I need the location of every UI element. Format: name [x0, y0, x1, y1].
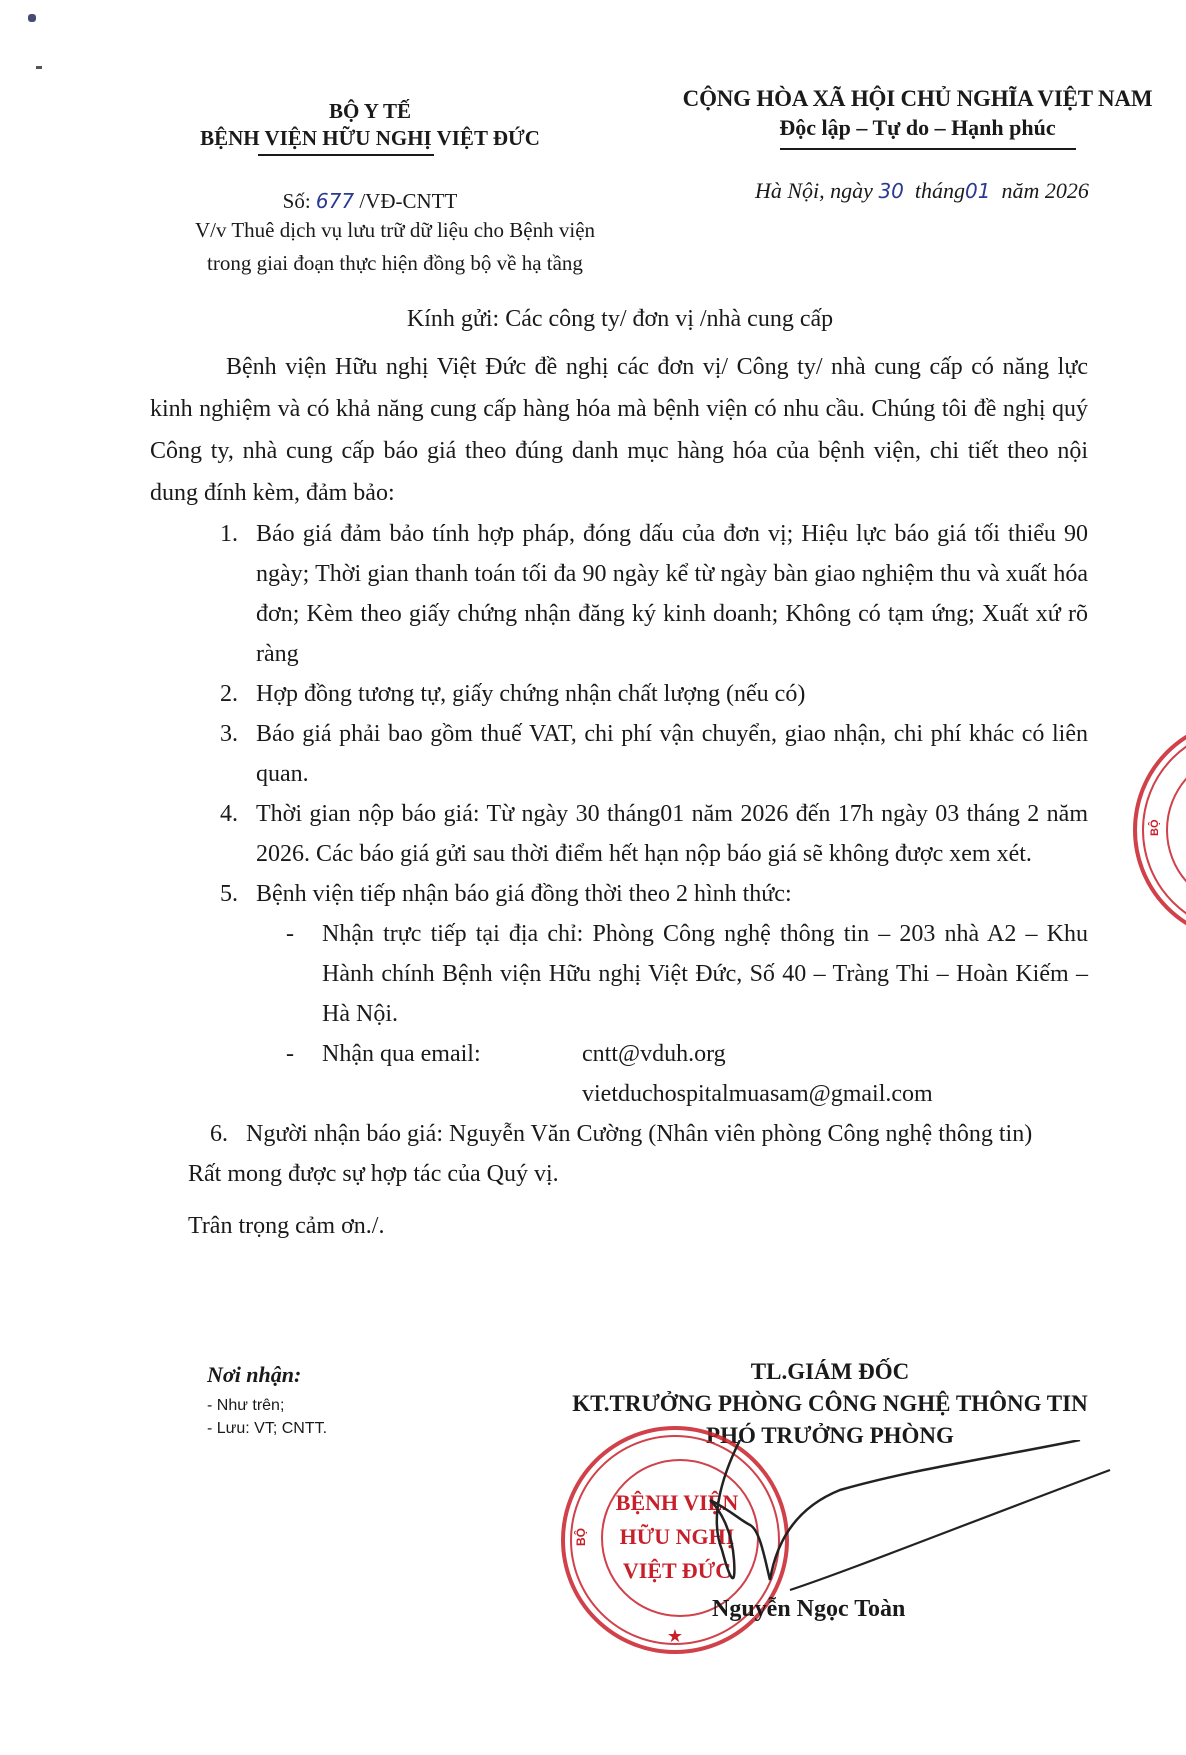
svg-text:BỘ: BỘ [1148, 819, 1161, 836]
distribution-item: - Như trên; [207, 1394, 327, 1417]
list-item: 5.Bệnh viện tiếp nhận báo giá đồng thời … [220, 874, 1088, 1114]
subject-line: V/v Thuê dịch vụ lưu trữ dữ liệu cho Bện… [150, 214, 640, 247]
signer-authority: TL.GIÁM ĐỐC [500, 1356, 1160, 1388]
nation-title: CỘNG HÒA XÃ HỘI CHỦ NGHĨA VIỆT NAM [655, 84, 1180, 114]
date-line: Hà Nội, ngày 30 tháng01 năm 2026 [755, 176, 1089, 206]
svg-text:BỘ: BỘ [573, 1528, 588, 1546]
ministry-name: BỘ Y TẾ [150, 98, 590, 124]
distribution-title: Nơi nhận: [207, 1362, 301, 1388]
list-item: 4.Thời gian nộp báo giá: Từ ngày 30 thán… [220, 794, 1088, 874]
header-underline [258, 154, 434, 156]
intro-paragraph: Bệnh viện Hữu nghị Việt Đức đề nghị các … [150, 346, 1088, 514]
closing-thanks: Trân trọng cảm ơn./. [188, 1206, 1088, 1246]
year-label: năm 2026 [1001, 178, 1088, 203]
submission-direct: -Nhận trực tiếp tại địa chỉ: Phòng Công … [286, 914, 1088, 1034]
closing-line: Rất mong được sự hợp tác của Quý vị. [188, 1154, 1088, 1194]
date-prefix: Hà Nội, ngày [755, 178, 873, 203]
signer-name: Nguyễn Ngọc Toàn [712, 1596, 905, 1623]
letter-body: Bệnh viện Hữu nghị Việt Đức đề nghị các … [150, 346, 1088, 1246]
list-item: 1.Báo giá đảm bảo tính hợp pháp, đóng dấ… [220, 514, 1088, 674]
document-subject: V/v Thuê dịch vụ lưu trữ dữ liệu cho Bện… [150, 214, 640, 280]
email-address-2[interactable]: vietduchospitalmuasam@gmail.com [582, 1074, 933, 1114]
motto-underline [780, 148, 1076, 150]
email-address-1[interactable]: cntt@vduh.org [582, 1034, 933, 1074]
number-suffix: /VĐ-CNTT [359, 189, 457, 213]
scan-mark [36, 66, 42, 69]
national-motto: Độc lập – Tự do – Hạnh phúc [655, 114, 1180, 142]
subject-line: trong giai đoạn thực hiện đồng bộ về hạ … [150, 247, 640, 280]
distribution-item: - Lưu: VT; CNTT. [207, 1417, 327, 1440]
handwritten-number: 677 [316, 189, 354, 213]
signer-department: KT.TRƯỞNG PHÒNG CÔNG NGHỆ THÔNG TIN [500, 1388, 1160, 1420]
requirements-list: 1.Báo giá đảm bảo tính hợp pháp, đóng dấ… [150, 514, 1088, 1154]
seal-fragment-icon: BỘ [1120, 700, 1186, 960]
document-number: Số: 677 /VĐ-CNTT [150, 188, 590, 214]
submission-methods: -Nhận trực tiếp tại địa chỉ: Phòng Công … [256, 914, 1088, 1114]
distribution-list: - Như trên; - Lưu: VT; CNTT. [207, 1394, 327, 1440]
scan-mark [28, 14, 36, 22]
submission-email: - Nhận qua email: cntt@vduh.org vietduch… [286, 1034, 1088, 1114]
month-label: tháng [915, 178, 965, 203]
handwritten-day: 30 [878, 179, 903, 203]
list-item: 3.Báo giá phải bao gồm thuế VAT, chi phí… [220, 714, 1088, 794]
hospital-name: BỆNH VIỆN HỮU NGHỊ VIỆT ĐỨC [150, 124, 590, 152]
number-prefix: Số: [283, 189, 311, 213]
list-item: 2.Hợp đồng tương tự, giấy chứng nhận chấ… [220, 674, 1088, 714]
list-item: 6.Người nhận báo giá: Nguyễn Văn Cường (… [210, 1114, 1088, 1154]
recipient-line: Kính gửi: Các công ty/ đơn vị /nhà cung … [140, 303, 1100, 335]
email-label: Nhận qua email: [322, 1034, 582, 1114]
national-header: CỘNG HÒA XÃ HỘI CHỦ NGHĨA VIỆT NAM Độc l… [655, 84, 1180, 150]
handwritten-month: 01 [965, 179, 990, 203]
issuer-header: BỘ Y TẾ BỆNH VIỆN HỮU NGHỊ VIỆT ĐỨC [150, 98, 590, 156]
